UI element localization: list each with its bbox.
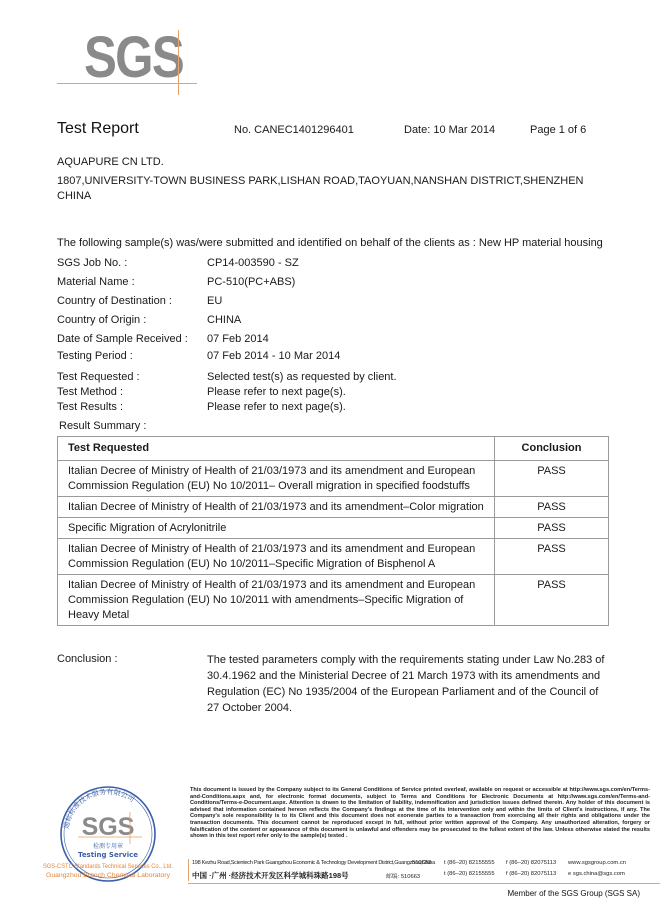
- address-english: 198 Kezhu Road,Scientech Park Guangzhou …: [192, 860, 435, 866]
- conclusion-cell: PASS: [495, 518, 609, 539]
- sample-intro: The following sample(s) was/were submitt…: [57, 236, 603, 250]
- test-method-value: Please refer to next page(s).: [207, 385, 346, 399]
- test-results-label: Test Results :: [57, 400, 123, 414]
- test-requested-label: Test Requested :: [57, 370, 140, 384]
- table-row: Italian Decree of Ministry of Health of …: [58, 461, 609, 497]
- column-header-test: Test Requested: [58, 437, 495, 461]
- test-cell: Italian Decree of Ministry of Health of …: [58, 575, 495, 626]
- origin-value: CHINA: [207, 313, 241, 327]
- telephone-line2: t (86–20) 82155555: [444, 871, 495, 877]
- test-cell: Specific Migration of Acrylonitrile: [58, 518, 495, 539]
- email-link[interactable]: e sgs.china@sgs.com: [568, 871, 625, 877]
- postcode-english: 510663: [412, 860, 431, 866]
- test-cell: Italian Decree of Ministry of Health of …: [58, 497, 495, 518]
- sgs-logo-text: SGS: [84, 30, 183, 86]
- testing-service-stamp: 通标标准技术服务有限公司 SGS 检测专用章 Testing Service S…: [38, 782, 178, 882]
- result-summary-label: Result Summary :: [59, 419, 146, 433]
- destination-value: EU: [207, 294, 222, 308]
- sgs-logo: SGS: [57, 28, 202, 98]
- address-bar: 198 Kezhu Road,Scientech Park Guangzhou …: [188, 859, 658, 881]
- client-address-line2: CHINA: [57, 189, 91, 203]
- client-name: AQUAPURE CN LTD.: [57, 155, 164, 169]
- stamp-company-line1: SGS-CSTC Standards Technical Services Co…: [43, 863, 173, 870]
- legal-disclaimer: This document is issued by the Company s…: [190, 787, 650, 840]
- conclusion-cell: PASS: [495, 539, 609, 575]
- stamp-company-line2: Guangzhou Branch Chemical Laboratory: [46, 872, 171, 879]
- column-header-conclusion: Conclusion: [495, 437, 609, 461]
- job-no-value: CP14-003590 - SZ: [207, 256, 299, 270]
- conclusion-label: Conclusion :: [57, 652, 118, 666]
- received-date-label: Date of Sample Received :: [57, 332, 188, 346]
- material-name-value: PC-510(PC+ABS): [207, 275, 295, 289]
- origin-label: Country of Origin :: [57, 313, 146, 327]
- job-no-label: SGS Job No. :: [57, 256, 127, 270]
- fax-line1: f (86–20) 82075113: [506, 860, 556, 866]
- testing-period-label: Testing Period :: [57, 349, 133, 363]
- conclusion-cell: PASS: [495, 497, 609, 518]
- test-results-value: Please refer to next page(s).: [207, 400, 346, 414]
- stamp-cn-label: 检测专用章: [93, 842, 123, 850]
- sgs-group-member: Member of the SGS Group (SGS SA): [508, 889, 641, 898]
- test-cell: Italian Decree of Ministry of Health of …: [58, 461, 495, 497]
- table-row: Italian Decree of Ministry of Health of …: [58, 575, 609, 626]
- report-number: No. CANEC1401296401: [234, 124, 354, 136]
- client-address-line1: 1807,UNIVERSITY-TOWN BUSINESS PARK,LISHA…: [57, 174, 583, 188]
- website-link[interactable]: www.sgsgroup.com.cn: [568, 860, 626, 866]
- test-cell: Italian Decree of Ministry of Health of …: [58, 539, 495, 575]
- table-row: Specific Migration of Acrylonitrile PASS: [58, 518, 609, 539]
- logo-vertical-rule: [178, 30, 179, 95]
- table-row: Italian Decree of Ministry of Health of …: [58, 539, 609, 575]
- telephone-line1: t (86–20) 82155555: [444, 860, 495, 866]
- result-summary-table: Test Requested Conclusion Italian Decree…: [57, 436, 609, 626]
- report-date: Date: 10 Mar 2014: [404, 124, 495, 136]
- table-header-row: Test Requested Conclusion: [58, 437, 609, 461]
- conclusion-text: The tested parameters comply with the re…: [207, 652, 612, 716]
- page-indicator: Page 1 of 6: [530, 124, 586, 136]
- testing-period-value: 07 Feb 2014 - 10 Mar 2014: [207, 349, 340, 363]
- material-name-label: Material Name :: [57, 275, 135, 289]
- stamp-en-label: Testing Service: [78, 851, 138, 859]
- address-chinese: 中国 ·广州 ·经济技术开发区科学城科珠路198号: [192, 870, 349, 881]
- postcode-chinese: 邮编: 510663: [386, 871, 420, 880]
- table-row: Italian Decree of Ministry of Health of …: [58, 497, 609, 518]
- received-date-value: 07 Feb 2014: [207, 332, 269, 346]
- address-bar-rule: [188, 859, 189, 881]
- conclusion-cell: PASS: [495, 461, 609, 497]
- report-title: Test Report: [57, 120, 139, 138]
- logo-horizontal-rule: [57, 83, 197, 84]
- destination-label: Country of Destination :: [57, 294, 172, 308]
- test-requested-value: Selected test(s) as requested by client.: [207, 370, 397, 384]
- test-method-label: Test Method :: [57, 385, 123, 399]
- footer-rule: [188, 883, 660, 884]
- conclusion-cell: PASS: [495, 575, 609, 626]
- fax-line2: f (86–20) 82075113: [506, 871, 556, 877]
